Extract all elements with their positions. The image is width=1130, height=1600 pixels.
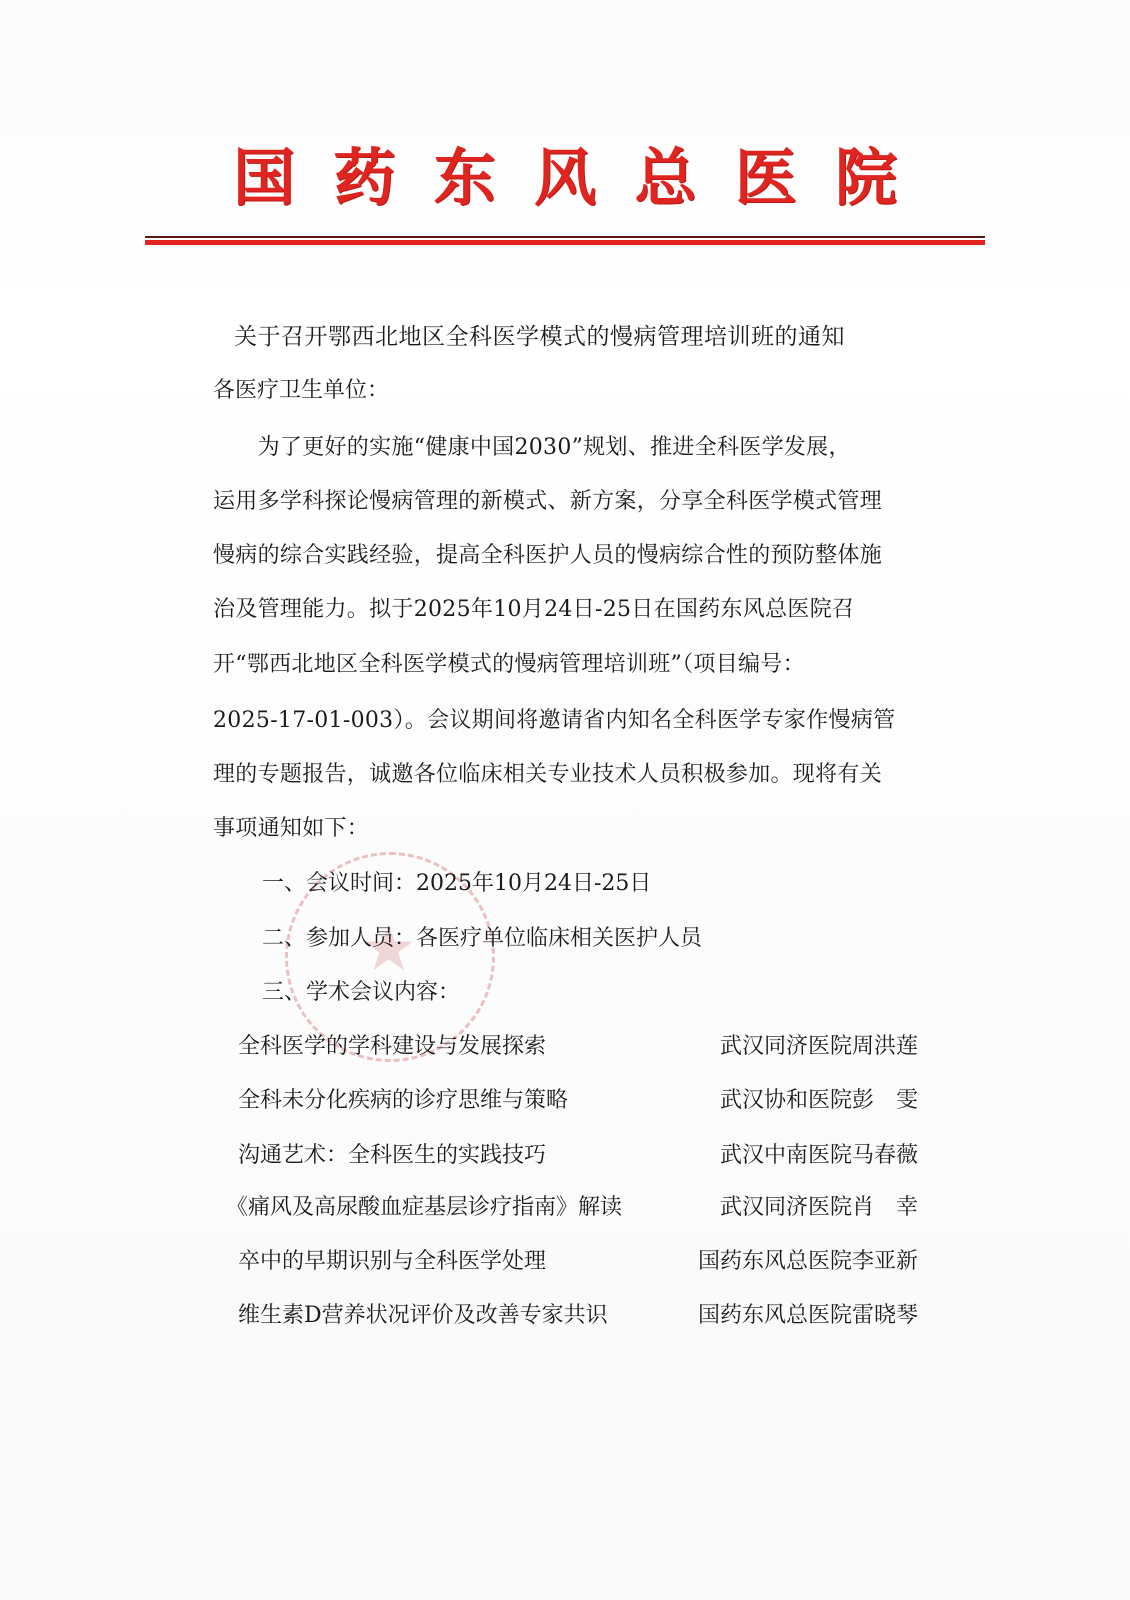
letterhead-char: 风: [534, 147, 596, 209]
agenda-topic: 《痛风及高尿酸血症基层诊疗指南》解读: [226, 1190, 622, 1221]
letterhead-char: 东: [434, 147, 496, 209]
agenda-speaker: 武汉协和医院彭 雯: [720, 1083, 918, 1114]
letterhead-divider-thick: [145, 240, 985, 245]
agenda-topic: 全科未分化疾病的诊疗思维与策略: [238, 1083, 568, 1114]
letterhead-char: 医: [735, 147, 797, 209]
agenda-topic: 沟通艺术：全科医生的实践技巧: [238, 1138, 546, 1169]
letterhead-char: 国: [233, 147, 295, 209]
agenda-topic: 卒中的早期识别与全科医学处理: [238, 1244, 546, 1275]
item-agenda-heading: 三、学术会议内容：: [262, 975, 460, 1006]
salutation: 各医疗卫生单位：: [213, 373, 389, 404]
body-line: 运用多学科探论慢病管理的新模式、新方案，分享全科医学模式管理: [213, 484, 882, 515]
letterhead-char: 院: [835, 147, 897, 209]
letterhead: 国 药 东 风 总 医 院: [145, 138, 985, 218]
document-title: 关于召开鄂西北地区全科医学模式的慢病管理培训班的通知: [234, 318, 845, 351]
body-line: 理的专题报告，诚邀各位临床相关专业技术人员积极参加。现将有关: [213, 757, 882, 788]
body-line: 事项通知如下：: [213, 811, 369, 842]
agenda-speaker: 国药东风总医院雷晓琴: [698, 1298, 918, 1329]
body-line: 治及管理能力。拟于2025年10月24日-25日在国药东风总医院召: [213, 592, 854, 623]
item-participants: 二、参加人员：各医疗单位临床相关医护人员: [262, 921, 702, 952]
letterhead-divider-thin: [145, 236, 985, 238]
letterhead-char: 药: [333, 147, 395, 209]
item-meeting-time: 一、会议时间：2025年10月24日-25日: [262, 866, 651, 897]
body-line: 为了更好的实施“健康中国2030”规划、推进全科医学发展，: [213, 430, 851, 461]
body-line: 2025-17-01-003）。会议期间将邀请省内知名全科医学专家作慢病管: [213, 703, 895, 734]
letterhead-char: 总: [634, 147, 696, 209]
agenda-speaker: 国药东风总医院李亚新: [698, 1244, 918, 1275]
body-line: 开“鄂西北地区全科医学模式的慢病管理培训班”（项目编号：: [213, 647, 805, 678]
body-line: 慢病的综合实践经验，提高全科医护人员的慢病综合性的预防整体施: [213, 538, 882, 569]
agenda-speaker: 武汉同济医院肖 幸: [720, 1190, 918, 1221]
agenda-topic: 维生素D营养状况评价及改善专家共识: [238, 1298, 608, 1329]
agenda-speaker: 武汉中南医院马春薇: [720, 1138, 918, 1169]
agenda-speaker: 武汉同济医院周洪莲: [720, 1029, 918, 1060]
agenda-topic: 全科医学的学科建设与发展探索: [238, 1029, 546, 1060]
document-page: 国 药 东 风 总 医 院 关于召开鄂西北地区全科医学模式的慢病管理培训班的通知…: [0, 0, 1130, 1600]
